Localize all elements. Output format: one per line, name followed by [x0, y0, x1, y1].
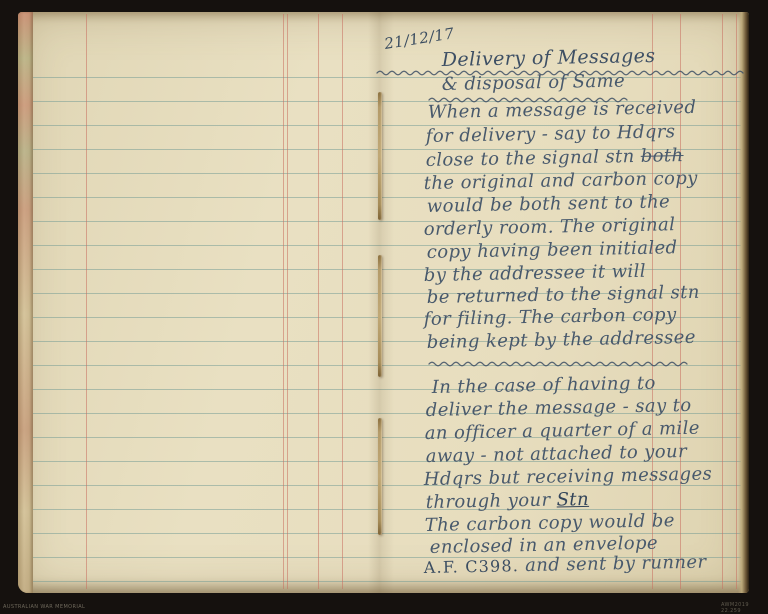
handwriting-line: being kept by the addressee [427, 328, 696, 353]
handwriting-line: Hdqrs but receiving messages [424, 464, 713, 490]
entry-title: Delivery of Messages [442, 46, 656, 70]
handwriting-line: away - not attached to your [426, 442, 688, 467]
form-reference: A.F. C398. [424, 556, 520, 577]
struck-word: both [641, 145, 684, 167]
handwriting-line: by the addressee it will [424, 262, 646, 286]
line-text: close to the signal stn [426, 146, 641, 171]
handwriting-line: for filing. The carbon copy [424, 305, 677, 330]
handwriting-line: through your Stn [426, 490, 590, 513]
line-text: and sent by runner [525, 552, 707, 576]
handwriting-line: When a message is received [428, 98, 697, 123]
watermark-archive-name: AUSTRALIAN WAR MEMORIAL [3, 604, 85, 610]
handwriting-line: close to the signal stn both [426, 146, 684, 171]
watermark-reference-number: AWM2019 22.259 [721, 602, 768, 614]
handwriting-line: the original and carbon copy [424, 169, 698, 194]
handwriting-line: would be both sent to the [427, 192, 671, 217]
line-text: through your [426, 489, 557, 513]
entry-subtitle: & disposal of Same [442, 71, 626, 95]
handwriting-line: deliver the message - say to [426, 396, 692, 421]
handwriting-line: A.F. C398. and sent by runner [424, 553, 707, 578]
section-divider-wavy-line [428, 360, 690, 368]
handwriting-line: In the case of having to [432, 374, 656, 398]
handwriting-line: for delivery - say to Hdqrs [426, 122, 676, 147]
handwriting-line: an officer a quarter of a mile [425, 419, 700, 444]
notebook-page: 21/12/17 Delivery of Messages & disposal… [18, 12, 749, 593]
photo-backdrop: 21/12/17 Delivery of Messages & disposal… [0, 0, 768, 614]
handwriting-layer: 21/12/17 Delivery of Messages & disposal… [18, 12, 749, 593]
handwriting-line: copy having been initialed [427, 238, 678, 263]
handwriting-line: orderly room. The original [424, 215, 676, 240]
underlined-word: Stn [556, 489, 589, 511]
